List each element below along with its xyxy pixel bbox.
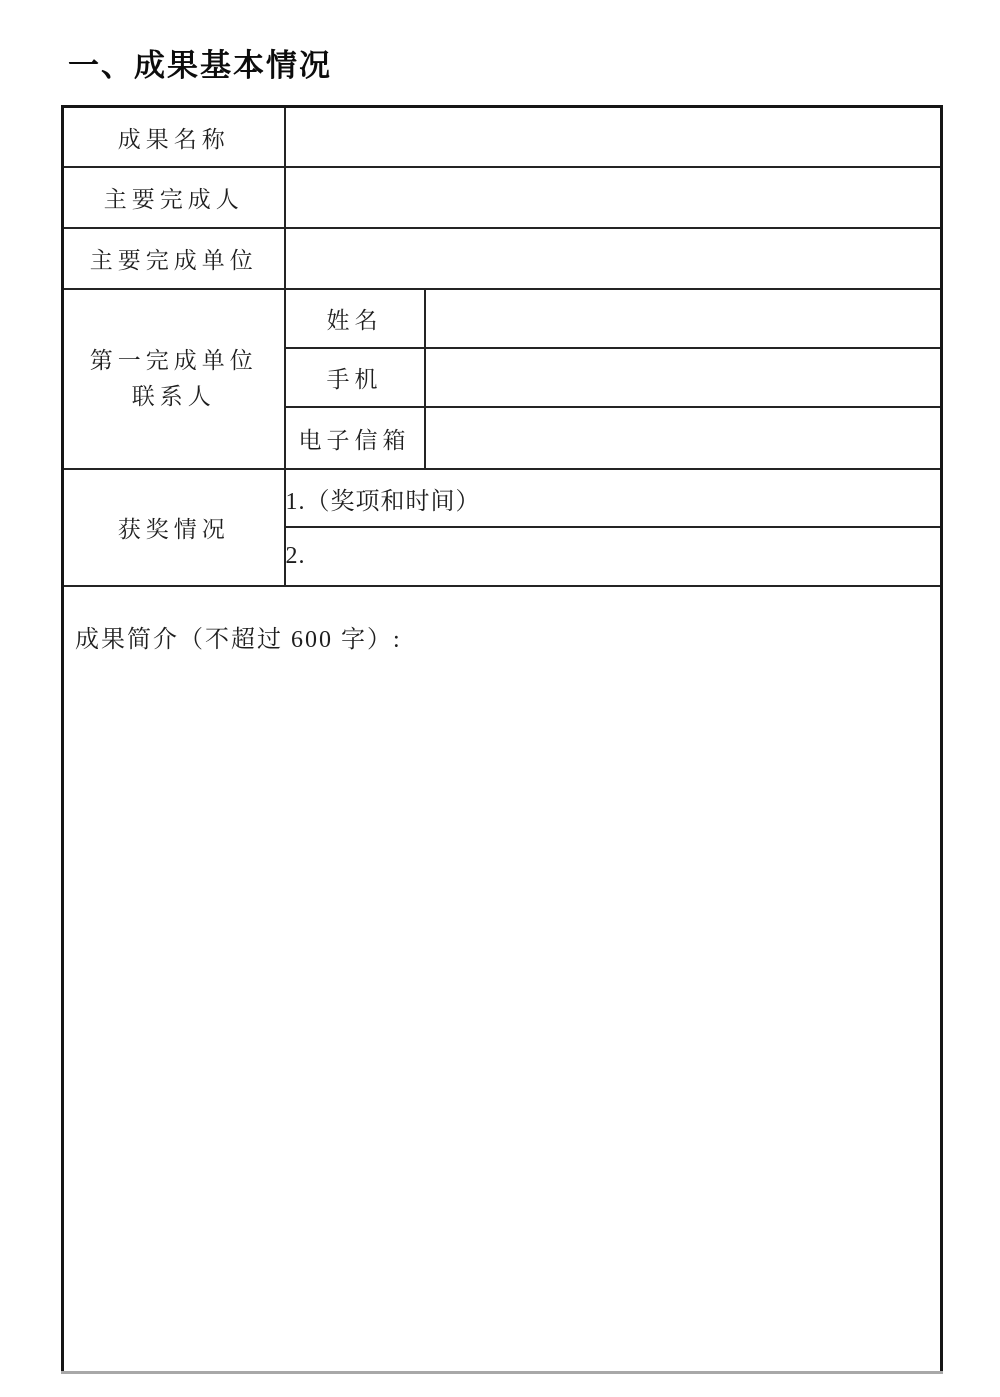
section-title: 一、成果基本情况 [68, 40, 332, 85]
form-table: 成果名称 主要完成人 主要完成单位 第一完成单位 联系人 姓名 手机 电子信箱 [61, 105, 943, 1374]
label-first-unit-contact-line1: 第一完成单位 [64, 343, 284, 379]
row-summary: 成果简介（不超过 600 字）: [63, 586, 942, 1373]
label-main-units: 主要完成单位 [63, 228, 285, 289]
row-award-1: 获奖情况 1.（奖项和时间） [63, 469, 942, 527]
document-page: 一、成果基本情况 成果名称 主要完成人 主要完成单位 第一完成单位 联系人 姓名… [0, 0, 1000, 1397]
label-first-unit-contact: 第一完成单位 联系人 [63, 289, 285, 469]
label-main-completers: 主要完成人 [63, 167, 285, 228]
label-achievement-name: 成果名称 [63, 107, 285, 168]
row-achievement-name: 成果名称 [63, 107, 942, 168]
field-main-units[interactable] [285, 228, 942, 289]
field-award-item-2[interactable]: 2. [285, 527, 942, 586]
label-contact-name: 姓名 [285, 289, 425, 348]
label-contact-phone: 手机 [285, 348, 425, 407]
field-contact-email[interactable] [425, 407, 942, 469]
label-first-unit-contact-line2: 联系人 [64, 379, 284, 415]
field-contact-name[interactable] [425, 289, 942, 348]
row-main-units: 主要完成单位 [63, 228, 942, 289]
field-contact-phone[interactable] [425, 348, 942, 407]
field-achievement-name[interactable] [285, 107, 942, 168]
row-contact-name: 第一完成单位 联系人 姓名 [63, 289, 942, 348]
field-main-completers[interactable] [285, 167, 942, 228]
label-award-status: 获奖情况 [63, 469, 285, 586]
label-contact-email: 电子信箱 [285, 407, 425, 469]
row-main-completers: 主要完成人 [63, 167, 942, 228]
field-award-item-1[interactable]: 1.（奖项和时间） [285, 469, 942, 527]
field-achievement-summary[interactable]: 成果简介（不超过 600 字）: [63, 586, 942, 1373]
label-achievement-summary: 成果简介（不超过 600 字）: [75, 619, 940, 654]
